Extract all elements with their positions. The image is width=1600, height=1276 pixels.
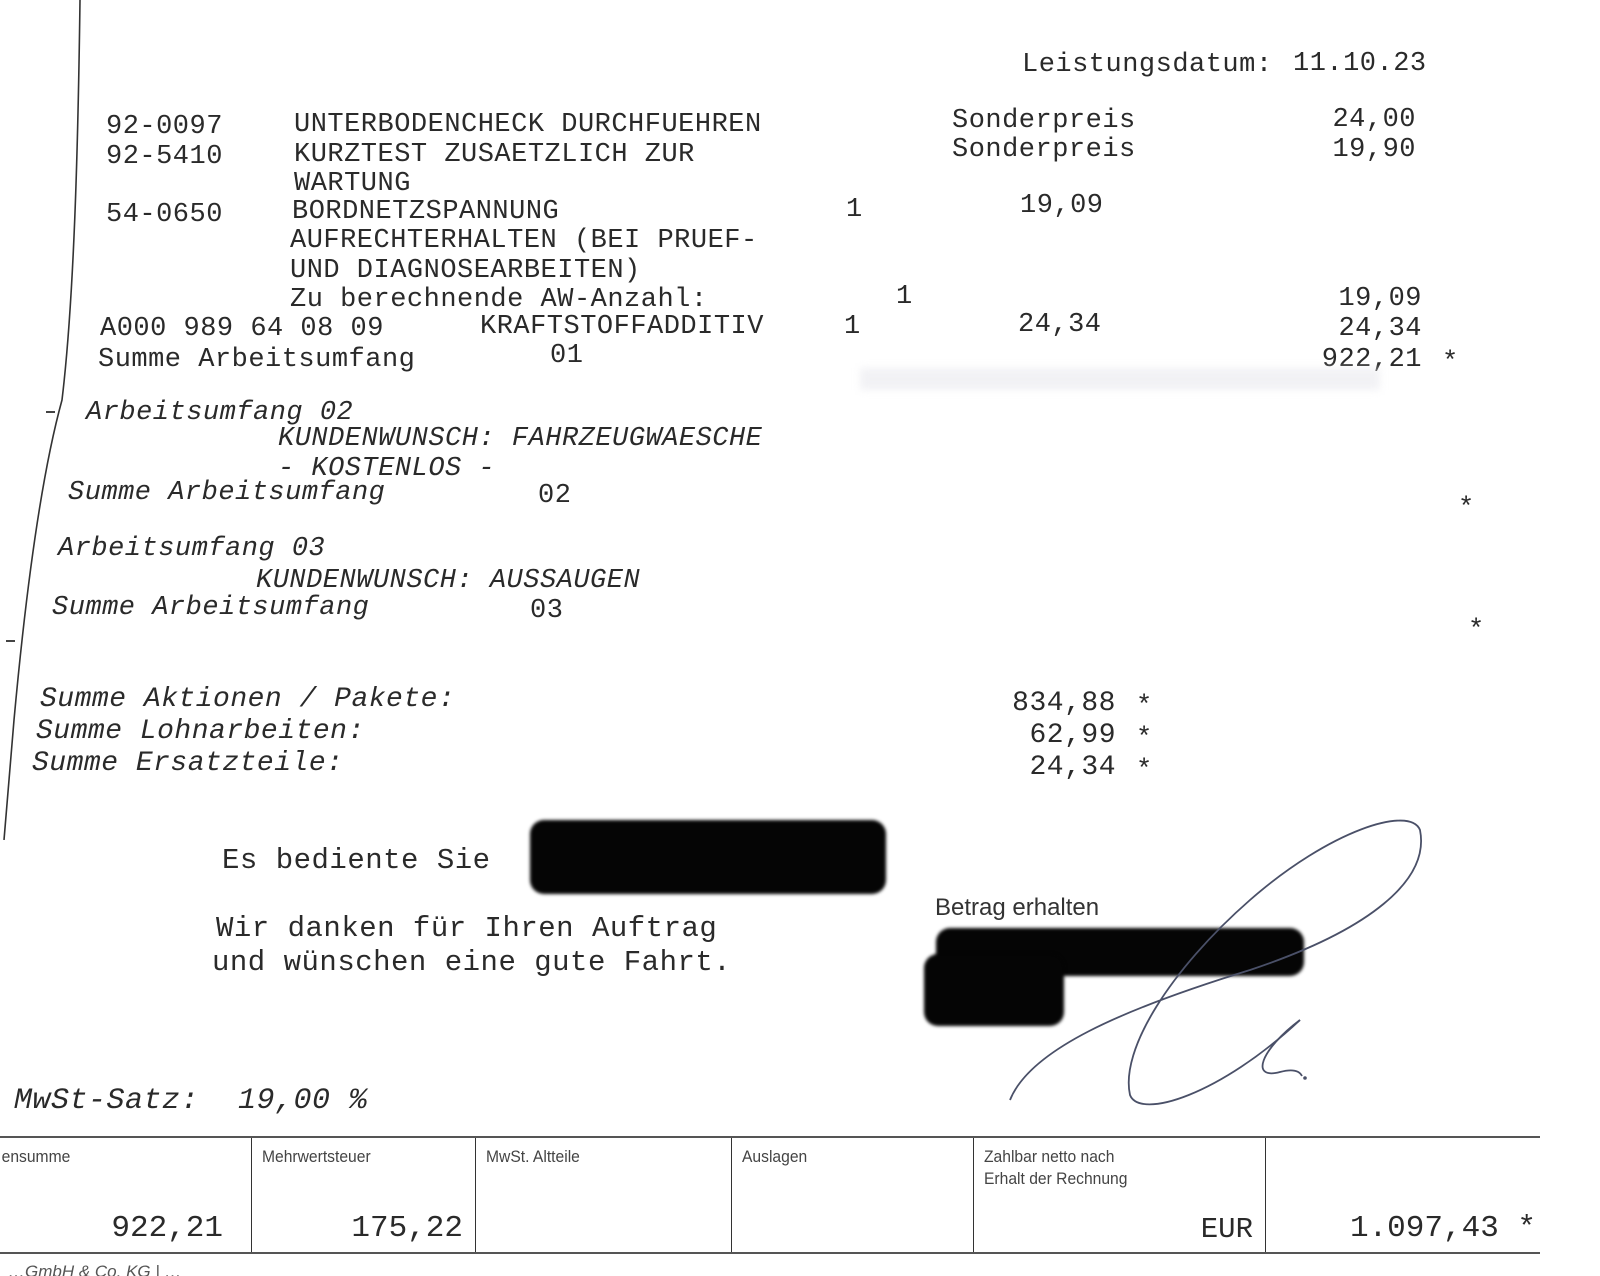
summary-label: Summe Aktionen / Pakete:: [40, 686, 455, 714]
scope-request: KUNDENWUNSCH: FAHRZEUGWAESCHE: [278, 426, 762, 453]
item-quantity: 1: [846, 197, 863, 224]
summary-marker: *: [1136, 726, 1153, 753]
thanks-line-2: und wünschen eine gute Fahrt.: [212, 948, 731, 977]
scope-request: KUNDENWUNSCH: AUSSAUGEN: [256, 568, 640, 595]
served-by-label: Es bediente Sie: [222, 846, 491, 875]
summary-label: Summe Ersatzteile:: [32, 750, 343, 778]
scope-sum-label: Summe Arbeitsumfang: [52, 595, 369, 622]
scope-number: 01: [550, 343, 583, 370]
totals-table: …ensumme 922,21 Mehrwertsteuer 175,22 Mw…: [0, 1136, 1540, 1254]
item-description: BORDNETZSPANNUNG: [292, 199, 559, 226]
scope-header: Arbeitsumfang 02: [86, 400, 353, 427]
company-footer: …GmbH & Co. KG | …: [8, 1262, 182, 1276]
scope-sum-label: Summe Arbeitsumfang: [68, 480, 385, 507]
item-unit-price: 19,09: [1020, 193, 1104, 220]
totals-cell-net-sum: …ensumme 922,21: [0, 1138, 252, 1252]
aw-count-label: Zu berechnende AW-Anzahl:: [290, 287, 708, 314]
summary-marker: *: [1136, 694, 1153, 721]
totals-cell-value: 175,22: [351, 1211, 463, 1246]
summary-value: 834,88: [1012, 690, 1116, 718]
item-amount: 19,09: [1338, 286, 1422, 313]
item-quantity: 1: [844, 314, 861, 341]
totals-cell-vat-old-parts: MwSt. Altteile: [476, 1138, 732, 1252]
item-code: A000 989 64 08 09: [100, 316, 384, 343]
summary-marker: *: [1136, 758, 1153, 785]
item-amount: 24,00: [1332, 107, 1416, 134]
totals-cell-label: Mehrwertsteuer: [262, 1146, 371, 1168]
item-description-cont: AUFRECHTERHALTEN (BEI PRUEF-: [290, 228, 758, 255]
item-unit-price: 24,34: [1018, 312, 1102, 339]
aw-count: 1: [896, 284, 913, 311]
scope-marker: *: [1468, 618, 1485, 645]
service-date-label: Leistungsdatum:: [1022, 52, 1273, 79]
scope-header: Arbeitsumfang 03: [58, 536, 325, 563]
scope-number: 02: [538, 483, 571, 510]
totals-cell-grand-total: 1.097,43 *: [1266, 1138, 1540, 1252]
item-description: KURZTEST ZUSAETZLICH ZUR: [294, 142, 695, 169]
margin-tick: [46, 411, 55, 413]
service-date: 11.10.23: [1293, 51, 1427, 78]
vat-rate-value: 19,00 %: [238, 1086, 368, 1116]
item-code: 54-0650: [106, 202, 223, 229]
item-amount: 24,34: [1338, 316, 1422, 343]
totals-cell-payment-terms: Zahlbar netto nach Erhalt der Rechnung E…: [974, 1138, 1266, 1252]
totals-currency: EUR: [1201, 1213, 1253, 1246]
item-description: KRAFTSTOFFADDITIV: [480, 314, 764, 341]
totals-cell-expenses: Auslagen: [732, 1138, 974, 1252]
scope-marker: *: [1458, 496, 1475, 523]
summary-value: 62,99: [1029, 722, 1116, 750]
item-price-note: Sonderpreis: [952, 108, 1136, 135]
item-code: 92-0097: [106, 114, 223, 141]
thanks-line-1: Wir danken für Ihren Auftrag: [216, 914, 717, 943]
item-description: UNTERBODENCHECK DURCHFUEHREN: [294, 112, 762, 139]
totals-cell-label: Auslagen: [742, 1146, 807, 1168]
item-code: 92-5410: [106, 144, 223, 171]
scope-number: 03: [530, 598, 563, 625]
item-description-cont: UND DIAGNOSEARBEITEN): [290, 258, 641, 285]
vat-rate-label: MwSt-Satz:: [14, 1086, 199, 1116]
totals-cell-label: Zahlbar netto nach Erhalt der Rechnung: [984, 1146, 1127, 1190]
item-amount: 19,90: [1332, 137, 1416, 164]
margin-tick: [6, 640, 15, 642]
item-description-cont: WARTUNG: [294, 171, 411, 198]
summary-value: 24,34: [1029, 754, 1116, 782]
totals-cell-value: 922,21: [111, 1211, 223, 1246]
scope-marker: *: [1442, 350, 1459, 377]
totals-cell-label: …ensumme: [0, 1146, 70, 1168]
item-price-note: Sonderpreis: [952, 137, 1136, 164]
totals-cell-vat: Mehrwertsteuer 175,22: [252, 1138, 476, 1252]
totals-cell-label: MwSt. Altteile: [486, 1146, 580, 1168]
redaction-served-by-name: [530, 820, 886, 894]
scope-sum-label: Summe Arbeitsumfang: [98, 347, 415, 374]
grand-total: 1.097,43 *: [1350, 1211, 1536, 1246]
scan-smudge: [860, 368, 1380, 390]
summary-label: Summe Lohnarbeiten:: [36, 718, 365, 746]
signature: [1000, 810, 1440, 1120]
